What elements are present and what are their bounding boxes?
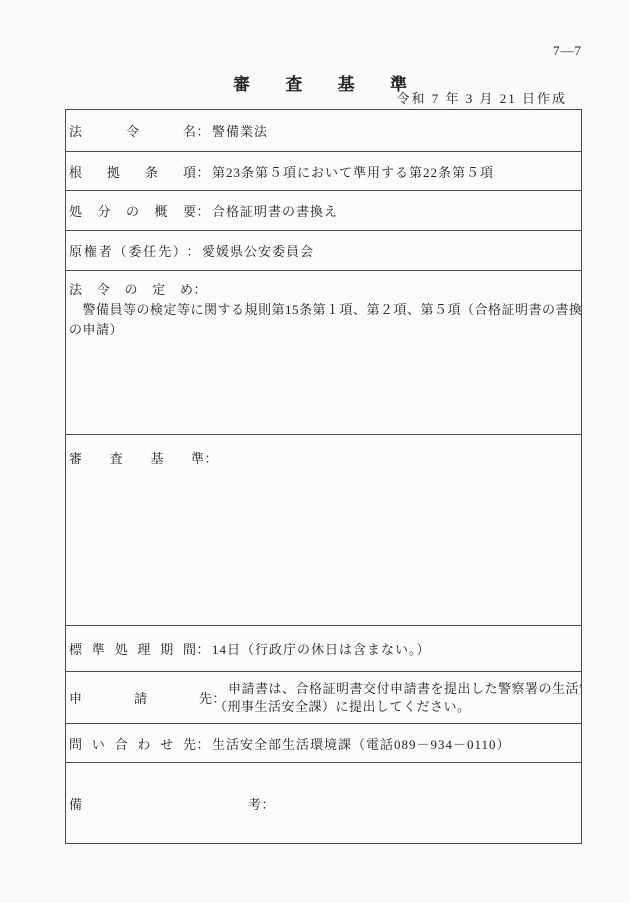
label-char: 審 (69, 448, 82, 467)
label-char: 定 (152, 280, 165, 300)
row-label: 根拠条項 (69, 162, 196, 181)
label-char: 名 (183, 121, 196, 140)
label-char: （ (114, 241, 127, 260)
table-row-application-destination: 申請先 ： 申請書は、合格証明書交付申請書を提出した警察署の生活安全課 （刑事生… (66, 671, 581, 723)
label-char: ） (173, 241, 186, 260)
document-title: 審査基準 (233, 70, 407, 95)
row-value: 警備業法 (212, 121, 268, 140)
label-char: 法 (69, 121, 82, 140)
label-char: 先 (158, 241, 171, 260)
row-value-line: 申請書は、合格証明書交付申請書を提出した警察署の生活安全課 (228, 680, 581, 698)
label-char: 基 (338, 70, 355, 95)
document-page: 7—7 審査基準 令和 7 年 3 月 21 日作成 法令名 ： 警備業法 根拠… (0, 0, 630, 903)
label-colon: ： (196, 162, 210, 181)
label-char: の (124, 280, 137, 300)
table-row-remarks: 備考 ： (66, 762, 581, 843)
label-char: 根 (69, 162, 82, 181)
label-char: 査 (285, 70, 302, 95)
row-value-line: の申請） (69, 320, 577, 340)
label-char: い (92, 734, 105, 753)
created-date: 令和 7 年 3 月 21 日作成 (396, 88, 567, 107)
row-value-lines: 申請書は、合格証明書交付申請書を提出した警察署の生活安全課 （刑事生活安全課）に… (228, 680, 581, 716)
label-char: 項 (183, 162, 196, 181)
label-char: 原 (69, 241, 82, 260)
label-char: 申 (69, 688, 82, 707)
row-value-line: （刑事生活安全課）に提出してください。 (214, 698, 581, 716)
label-char: 者 (99, 241, 112, 260)
label-char: 処 (69, 201, 82, 220)
label-char: 処 (115, 639, 128, 658)
label-colon: ： (186, 241, 200, 260)
row-value: 愛媛県公安委員会 (202, 241, 314, 260)
label-char: 拠 (107, 162, 120, 181)
row-label: 法令の定め (69, 280, 193, 300)
label-char: 標 (69, 639, 82, 658)
row-label: 標準処理期間 (69, 639, 196, 658)
label-char: 法 (69, 280, 82, 300)
row-label: 申請先 (69, 688, 212, 707)
label-colon: ： (193, 280, 207, 300)
label-char: 準 (191, 448, 204, 467)
label-char: せ (160, 734, 173, 753)
label-char: 問 (69, 734, 82, 753)
row-value: 合格証明書の書換え (212, 201, 338, 220)
label-char: 請 (134, 688, 147, 707)
page-number: 7—7 (553, 43, 582, 59)
label-char: 令 (126, 121, 139, 140)
label-colon: ： (196, 639, 210, 658)
label-char: の (126, 201, 139, 220)
label-char: め (180, 280, 193, 300)
row-label: 処分の概要 (69, 201, 196, 220)
row-label: 備考 (69, 794, 261, 813)
label-colon: ： (196, 201, 210, 220)
table-row-legal-provisions: 法令の定め ： 警備員等の検定等に関する規則第15条第１項、第２項、第５項（合格… (66, 270, 581, 434)
label-colon: ： (196, 121, 210, 140)
label-char: わ (137, 734, 150, 753)
row-label: 原権者（委任先） (69, 241, 186, 260)
label-char: 合 (115, 734, 128, 753)
row-value-line: 警備員等の検定等に関する規則第15条第１項、第２項、第５項（合格証明書の書換え (69, 300, 577, 320)
table-row-disposition-summary: 処分の概要 ： 合格証明書の書換え (66, 190, 581, 230)
label-char: 査 (110, 448, 123, 467)
label-char: 令 (97, 280, 110, 300)
label-char: 理 (137, 639, 150, 658)
label-char: 任 (143, 241, 156, 260)
label-char: 準 (92, 639, 105, 658)
table-row-law-name: 法令名 ： 警備業法 (66, 110, 581, 151)
row-value: 第23条第５項において準用する第22条第５項 (212, 162, 494, 181)
label-char: 先 (183, 734, 196, 753)
label-char: 分 (97, 201, 110, 220)
label-char: 先 (199, 688, 212, 707)
criteria-table: 法令名 ： 警備業法 根拠条項 ： 第23条第５項において準用する第22条第５項… (65, 109, 582, 844)
label-char: 要 (183, 201, 196, 220)
label-char: 考 (248, 794, 261, 813)
label-char: 備 (69, 794, 82, 813)
label-colon: ： (196, 734, 210, 753)
row-value: 生活安全部生活環境課（電話089－934－0110） (212, 734, 511, 753)
row-label: 問い合わせ先 (69, 734, 196, 753)
label-colon: ： (261, 794, 275, 813)
row-label: 審査基準 (69, 448, 204, 467)
label-char: 審 (233, 70, 250, 95)
row-value: 14日（行政庁の休日は含まない。） (212, 639, 431, 658)
label-char: 間 (183, 639, 196, 658)
table-row-standard-processing-period: 標準処理期間 ： 14日（行政庁の休日は含まない。） (66, 625, 581, 671)
label-char: 条 (145, 162, 158, 181)
label-colon: ： (204, 448, 218, 467)
label-char: 委 (128, 241, 141, 260)
row-label: 法令名 (69, 121, 196, 140)
row-label-line: 法令の定め ： (69, 280, 577, 300)
label-char: 権 (84, 241, 97, 260)
label-char: 概 (154, 201, 167, 220)
table-row-inquiry-contact: 問い合わせ先 ： 生活安全部生活環境課（電話089－934－0110） (66, 723, 581, 762)
table-row-legal-basis: 根拠条項 ： 第23条第５項において準用する第22条第５項 (66, 151, 581, 190)
table-row-authority-holder: 原権者（委任先） ： 愛媛県公安委員会 (66, 230, 581, 270)
label-char: 期 (160, 639, 173, 658)
table-row-examination-criteria: 審査基準 ： (66, 434, 581, 625)
label-char: 基 (150, 448, 163, 467)
